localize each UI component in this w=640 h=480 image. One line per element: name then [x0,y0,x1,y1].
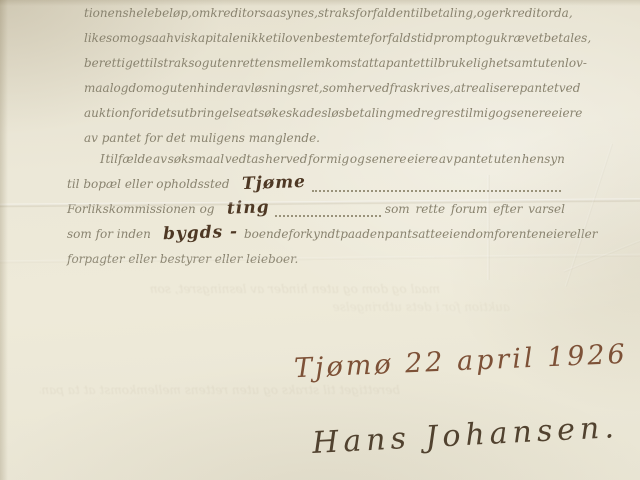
residence-handwritten-entry: Tjøme [242,182,306,184]
clause-line-4: som for inden bygds - boendeforkyndtpaad… [67,222,565,247]
printed-line: auktionforidetsutbringelseatsøkeskadeslø… [84,101,571,126]
court-handwritten-entry: ting [227,207,270,208]
handwritten-date-line: Tjømø 22 april 1926 [293,339,628,385]
inden-label: som for inden [67,222,151,247]
printed-paragraph-main: tionenshelebeløp,omkreditorsaasynes,stra… [84,1,571,151]
clause-line-3: Forlikskommissionen og ting som rette fo… [67,197,565,222]
paper-edge-shadow [0,0,640,6]
district-handwritten-entry: bygds - [163,232,238,235]
bleedthrough-ghost: auktion for i dets utbringelse at søke s… [330,300,510,314]
printed-line: berettigettilstraksogutenrettensmellemko… [84,51,571,76]
clause-line-2: til bopæl eller opholdssted Tjøme [67,172,565,197]
printed-line: maalogdomogutenhinderavløsningsret,somhe… [84,76,571,101]
commission-label: Forlikskommissionen og [67,197,215,222]
scanned-document-page: ggggogggggogog tionenshelebeløp,omkredit… [0,0,640,480]
printed-line: likesomogsaahviskapitalenikketilovenbest… [84,26,571,51]
printed-paragraph-clause: Itilfældeavsøksmaalvedtashervedformigogs… [67,147,565,272]
bleedthrough-ghost: berettiget til straks og uten rettens me… [40,383,400,397]
dotted-fill-line [275,215,381,217]
bleedthrough-ghost: maal og dom og uten hinder av løsningsre… [150,282,440,296]
dotted-fill-line [312,190,561,192]
forum-suffix-text: som rette forum efter varsel [385,197,565,222]
clause-line-5: forpagter eller bestyrer eller leieboer. [67,247,565,272]
paper-edge-shadow [0,0,8,480]
handwritten-signature: Hans Johansen. [311,410,619,461]
clause-line-1: Itilfældeavsøksmaalvedtashervedformigogs… [67,147,565,172]
residence-label: til bopæl eller opholdssted [67,172,230,197]
paper-fold-crease [565,143,613,286]
service-suffix-text: boendeforkyndtpaadenpantsatteeiendomfore… [244,222,598,247]
